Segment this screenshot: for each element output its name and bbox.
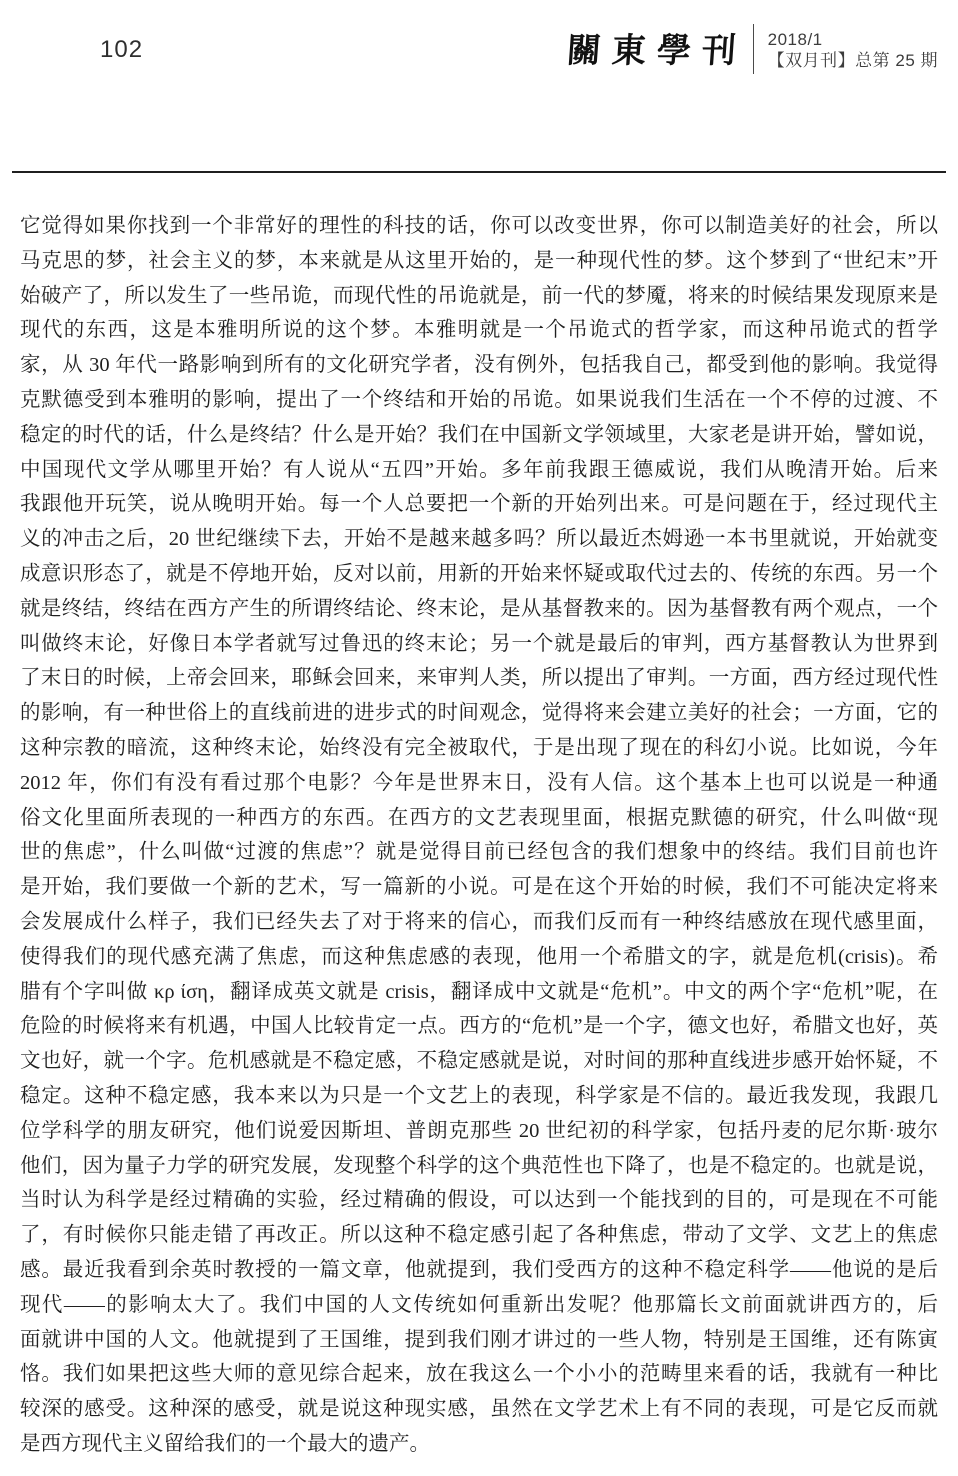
body-line: 马克思的梦，社会主义的梦，本来就是从这里开始的，是一种现代性的梦。这个梦到了“世…: [20, 244, 938, 279]
body-line: 家，从 30 年代一路影响到所有的文化研究学者，没有例外，包括我自己，都受到他的…: [20, 348, 938, 383]
body-line: 就是终结，终结在西方产生的所谓终结论、终末论，是从基督教来的。因为基督教有两个观…: [20, 592, 938, 627]
body-line: 会发展成什么样子，我们已经失去了对于将来的信心，而我们反而有一种终结感放在现代感…: [20, 905, 938, 940]
body-line: 腊有个字叫做 κρ ίση，翻译成英文就是 crisis，翻译成中文就是“危机”…: [20, 975, 938, 1010]
body-line: 的影响，有一种世俗上的直线前进的进步式的时间观念，觉得将来会建立美好的社会；一方…: [20, 696, 938, 731]
body-line: 他们，因为量子力学的研究发展，发现整个科学的这个典范性也下降了，也是不稳定的。也…: [20, 1149, 938, 1184]
header-divider: [753, 24, 754, 74]
body-text: 它觉得如果你找到一个非常好的理性的科技的话，你可以改变世界，你可以制造美好的社会…: [20, 209, 938, 1462]
body-line: 位学科学的朋友研究，他们说爱因斯坦、普朗克那些 20 世纪初的科学家，包括丹麦的…: [20, 1114, 938, 1149]
body-line: 它觉得如果你找到一个非常好的理性的科技的话，你可以改变世界，你可以制造美好的社会…: [20, 209, 938, 244]
body-line: 现代——的影响太大了。我们中国的人文传统如何重新出发呢？他那篇长文前面就讲西方的…: [20, 1288, 938, 1323]
body-line: 叫做终末论，好像日本学者就写过鲁迅的终末论；另一个就是最后的审判，西方基督教认为…: [20, 627, 938, 662]
body-line: 感。最近我看到余英时教授的一篇文章，他就提到，我们受西方的这种不稳定科学——他说…: [20, 1253, 938, 1288]
journal-page: 102 關東學刊 2018/1 【双月刊】总第 25 期 它觉得如果你找到一个非…: [0, 0, 958, 1476]
body-line: 使得我们的现代感充满了焦虑，而这种焦虑感的表现，他用一个希腊文的字，就是危机(c…: [20, 940, 938, 975]
header-rule: [12, 171, 946, 173]
body-line: 这种宗教的暗流，这种终末论，始终没有完全被取代，于是出现了现在的科幻小说。比如说…: [20, 731, 938, 766]
body-line: 恪。我们如果把这些大师的意见综合起来，放在我这么一个小小的范畴里来看的话，我就有…: [20, 1357, 938, 1392]
body-line: 世的焦虑”，什么叫做“过渡的焦虑”？就是觉得目前已经包含的我们想象中的终结。我们…: [20, 835, 938, 870]
body-line: 是开始，我们要做一个新的艺术，写一篇新的小说。可是在这个开始的时候，我们不可能决…: [20, 870, 938, 905]
body-line: 始破产了，所以发生了一些吊诡，而现代性的吊诡就是，前一代的梦魇，将来的时候结果发…: [20, 279, 938, 314]
body-line: 中国现代文学从哪里开始？有人说从“五四”开始。多年前我跟王德威说，我们从晚清开始…: [20, 453, 938, 488]
body-line: 面就讲中国的人文。他就提到了王国维，提到我们刚才讲过的一些人物，特别是王国维，还…: [20, 1323, 938, 1358]
body-line: 当时认为科学是经过精确的实验，经过精确的假设，可以达到一个能找到的目的，可是现在…: [20, 1183, 938, 1218]
page-number: 102: [100, 36, 143, 64]
issue-info: 2018/1 【双月刊】总第 25 期: [768, 27, 938, 72]
body-line: 危险的时候将来有机遇，中国人比较肯定一点。西方的“危机”是一个字，德文也好，希腊…: [20, 1009, 938, 1044]
body-line: 稳定。这种不稳定感，我本来以为只是一个文艺上的表现，科学家是不信的。最近我发现，…: [20, 1079, 938, 1114]
issue-year: 2018/1: [768, 29, 938, 50]
journal-title: 關東學刊: [565, 29, 748, 69]
body-line: 较深的感受。这种深的感受，就是说这种现实感，虽然在文学艺术上有不同的表现，可是它…: [20, 1392, 938, 1427]
body-line: 成意识形态了，就是不停地开始，反对以前，用新的开始来怀疑或取代过去的、传统的东西…: [20, 557, 938, 592]
body-line: 我跟他开玩笑，说从晚明开始。每一个人总要把一个新的开始列出来。可是问题在于，经过…: [20, 487, 938, 522]
body-line: 俗文化里面所表现的一种西方的东西。在西方的文艺表现里面，根据克默德的研究，什么叫…: [20, 801, 938, 836]
body-line: 文也好，就一个字。危机感就是不稳定感，不稳定感就是说，对时间的那种直线进步感开始…: [20, 1044, 938, 1079]
body-line: 克默德受到本雅明的影响，提出了一个终结和开始的吊诡。如果说我们生活在一个不停的过…: [20, 383, 938, 418]
journal-header: 關東學刊 2018/1 【双月刊】总第 25 期: [567, 24, 938, 74]
body-line: 2012 年，你们有没有看过那个电影？今年是世界末日，没有人信。这个基本上也可以…: [20, 766, 938, 801]
body-line: 是西方现代主义留给我们的一个最大的遗产。: [20, 1427, 938, 1462]
issue-detail: 【双月刊】总第 25 期: [768, 50, 938, 71]
body-line: 义的冲击之后，20 世纪继续下去，开始不是越来越多吗？所以最近杰姆逊一本书里就说…: [20, 522, 938, 557]
body-line: 稳定的时代的话，什么是终结？什么是开始？我们在中国新文学领域里，大家老是讲开始，…: [20, 418, 938, 453]
body-line: 了，有时候你只能走错了再改正。所以这种不稳定感引起了各种焦虑，带动了文学、文艺上…: [20, 1218, 938, 1253]
body-line: 了末日的时候，上帝会回来，耶稣会回来，来审判人类，所以提出了审判。一方面，西方经…: [20, 661, 938, 696]
body-line: 现代的东西，这是本雅明所说的这个梦。本雅明就是一个吊诡式的哲学家，而这种吊诡式的…: [20, 313, 938, 348]
